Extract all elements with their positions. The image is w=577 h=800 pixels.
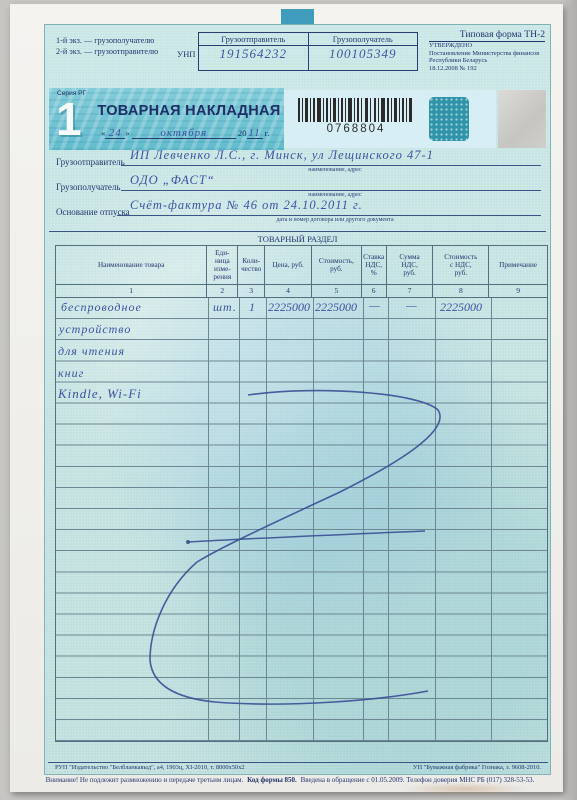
date-suffix: г. bbox=[265, 128, 270, 138]
column-line bbox=[363, 298, 364, 741]
title-band-cyan: Серия РГ 1 ТОВАРНАЯ НАКЛАДНАЯ «24» октяб… bbox=[49, 88, 284, 150]
copy-note-1: 1-й экз. — грузополучателю bbox=[56, 35, 158, 46]
column-line bbox=[313, 298, 314, 741]
col-num-6: 6 bbox=[362, 285, 387, 297]
barcode bbox=[298, 98, 414, 122]
col-num-8: 8 bbox=[433, 285, 489, 297]
copy-number: 1 bbox=[56, 94, 82, 144]
approved-line-4: 18.12.2008 № 192 bbox=[429, 65, 545, 73]
unp-label: УНП bbox=[177, 49, 196, 59]
col-num-3: 3 bbox=[238, 285, 265, 297]
scan-edge-shadow bbox=[561, 0, 577, 800]
consignee-line bbox=[121, 190, 541, 191]
unp-consignee-header: Грузополучатель bbox=[309, 33, 418, 46]
item-name-line-2: устройство bbox=[59, 322, 131, 337]
col-header-cost: Стоимость, руб. bbox=[312, 246, 362, 284]
consignor-line bbox=[121, 165, 541, 166]
security-stamp bbox=[429, 97, 469, 141]
consignee-value: ОДО „ФАСТ“ bbox=[130, 173, 215, 188]
barcode-number: 0768804 bbox=[298, 123, 414, 135]
column-line bbox=[266, 298, 267, 741]
section-divider bbox=[49, 231, 546, 232]
item-price: 2225000 bbox=[268, 300, 310, 315]
item-cost-with-vat: 2225000 bbox=[440, 300, 482, 315]
item-name-line-1: беспроводное bbox=[61, 300, 142, 315]
printer-right: УП "Бумажная фабрика" Гознака, з. 9608-2… bbox=[413, 764, 541, 771]
col-header-vat-sum: Сумма НДС, руб. bbox=[387, 246, 434, 284]
col-header-unit: Еди- ница изме- рения bbox=[207, 246, 238, 284]
basis-line bbox=[117, 215, 541, 216]
unp-box: Грузоотправитель 191564232 Грузополучате… bbox=[198, 32, 418, 71]
hologram-square bbox=[498, 90, 546, 148]
date-day: 24 bbox=[105, 128, 125, 139]
column-line bbox=[208, 298, 209, 741]
item-cost: 2225000 bbox=[315, 300, 357, 315]
unp-consignor-header: Грузоотправитель bbox=[199, 33, 308, 46]
basis-value: Счёт-фактура № 46 от 24.10.2011 г. bbox=[130, 198, 363, 213]
col-num-4: 4 bbox=[265, 285, 312, 297]
approved-line-3: Республики Беларусь bbox=[429, 57, 545, 65]
title-band: Серия РГ 1 ТОВАРНАЯ НАКЛАДНАЯ «24» октяб… bbox=[49, 88, 549, 150]
col-num-9: 9 bbox=[489, 285, 547, 297]
unp-consignor-value: 191564232 bbox=[199, 46, 308, 62]
approval-block: Типовая форма ТН-2 УТВЕРЖДЕНО Постановле… bbox=[429, 29, 545, 72]
printer-line: РУП "Издательство "Белбланкавыд", а4, 19… bbox=[55, 764, 541, 771]
table-header-row: Наименование товара Еди- ница изме- рени… bbox=[55, 245, 548, 285]
goods-section-title: ТОВАРНЫЙ РАЗДЕЛ bbox=[49, 234, 546, 244]
col-header-price: Цена, руб. bbox=[265, 246, 312, 284]
approved-line-1: УТВЕРЖДЕНО bbox=[429, 42, 545, 50]
form-type: Типовая форма ТН-2 bbox=[429, 29, 545, 42]
unp-consignee-cell: Грузополучатель 100105349 bbox=[308, 33, 418, 70]
table-body: беспроводное устройство для чтения книг … bbox=[55, 298, 548, 742]
column-line bbox=[239, 298, 240, 741]
col-num-7: 7 bbox=[387, 285, 434, 297]
copy-note-2: 2-й экз. — грузоотправителю bbox=[56, 46, 158, 57]
scanned-waybill-page: 1-й экз. — грузополучателю 2-й экз. — гр… bbox=[0, 0, 577, 800]
col-header-name: Наименование товара bbox=[56, 246, 207, 284]
item-vat-sum: — bbox=[406, 298, 418, 313]
date-month: октября bbox=[132, 128, 236, 139]
col-header-qty: Коли- чество bbox=[238, 246, 265, 284]
column-line bbox=[435, 298, 436, 741]
barcode-panel: 0768804 bbox=[284, 90, 496, 148]
footer-rule bbox=[48, 762, 548, 763]
col-header-note: Примечание bbox=[489, 246, 547, 284]
consignor-label: Грузоотправитель bbox=[56, 157, 125, 167]
item-name-line-4: книг bbox=[58, 366, 84, 381]
quote-close: » bbox=[125, 128, 129, 138]
column-line bbox=[491, 298, 492, 741]
item-unit: шт. bbox=[213, 300, 237, 315]
date-year: 11 bbox=[247, 128, 263, 139]
caution-bold: Код формы 850. bbox=[247, 776, 297, 784]
col-num-2: 2 bbox=[207, 285, 238, 297]
item-name-line-3: для чтения bbox=[58, 344, 125, 359]
basis-caption: дата и номер договора или другого докуме… bbox=[225, 217, 445, 223]
copy-notes: 1-й экз. — грузополучателю 2-й экз. — гр… bbox=[56, 35, 158, 57]
col-header-cost-vat: Стоимость с НДС, руб. bbox=[433, 246, 489, 284]
approved-line-2: Постановление Министерства финансов bbox=[429, 50, 545, 58]
column-line bbox=[388, 298, 389, 741]
col-num-1: 1 bbox=[56, 285, 207, 297]
caution-prefix: Внимание! Не подлежит размножению и пере… bbox=[46, 776, 244, 784]
document-title: ТОВАРНАЯ НАКЛАДНАЯ bbox=[95, 103, 283, 119]
item-vat-rate: — bbox=[369, 298, 381, 313]
consignor-value: ИП Левченко Л.С., г. Минск, ул Лещинског… bbox=[130, 148, 434, 163]
date-century: 20 bbox=[238, 128, 247, 138]
item-name-line-5: Kindle, Wi-Fi bbox=[58, 386, 142, 402]
date-line: «24» октября 2011 г. bbox=[101, 128, 283, 139]
col-header-vat-rate: Ставка НДС, % bbox=[362, 246, 387, 284]
column-numbers-row: 1 2 3 4 5 6 7 8 9 bbox=[55, 285, 548, 298]
consignee-label: Грузополучатель bbox=[56, 182, 121, 192]
paper-stain bbox=[400, 782, 530, 796]
consignor-caption: наименование, адрес bbox=[225, 167, 445, 173]
col-num-5: 5 bbox=[312, 285, 362, 297]
unp-consignee-value: 100105349 bbox=[309, 46, 418, 62]
printer-left: РУП "Издательство "Белбланкавыд", а4, 19… bbox=[55, 764, 245, 771]
item-quantity: 1 bbox=[249, 300, 256, 315]
unp-consignor-cell: Грузоотправитель 191564232 bbox=[199, 33, 308, 70]
